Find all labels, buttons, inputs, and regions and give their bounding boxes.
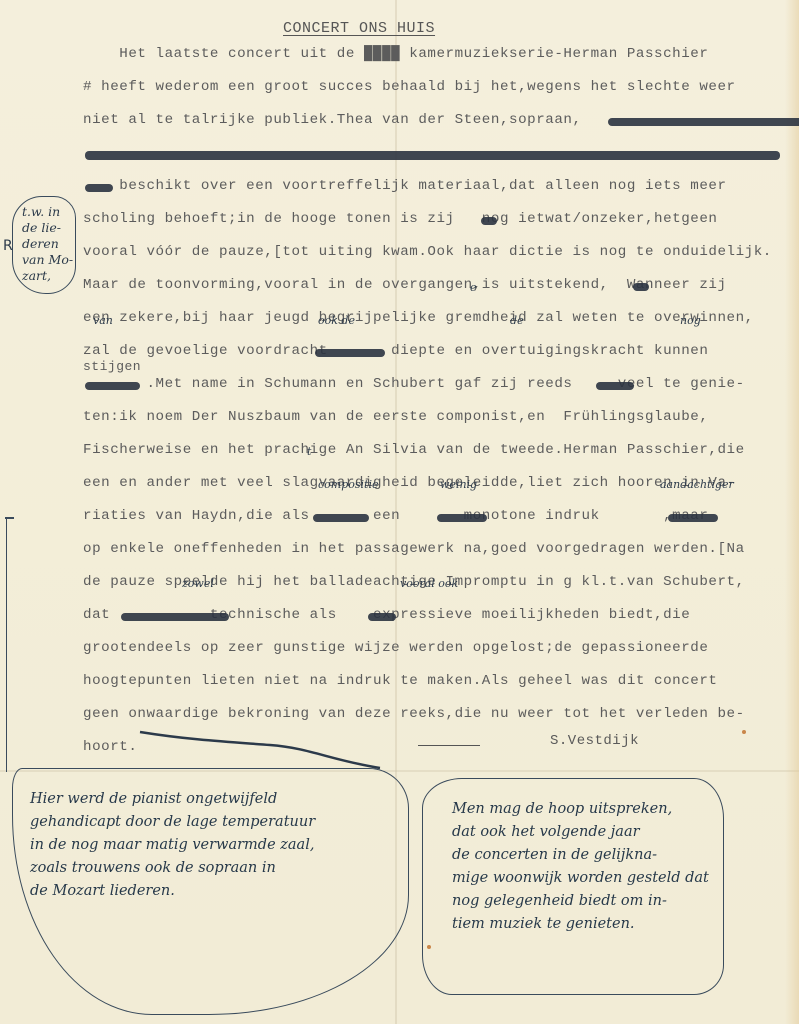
- signature-line: [418, 745, 480, 746]
- signature: S.Vestdijk: [550, 733, 639, 749]
- paper-stain: [742, 730, 746, 734]
- paper-stain: [427, 945, 431, 949]
- handwritten-note-left: Hier werd de pianist ongetwijfeld gehand…: [30, 788, 315, 903]
- handwritten-note-right: Men mag de hoop uitspreken, dat ook het …: [452, 798, 709, 936]
